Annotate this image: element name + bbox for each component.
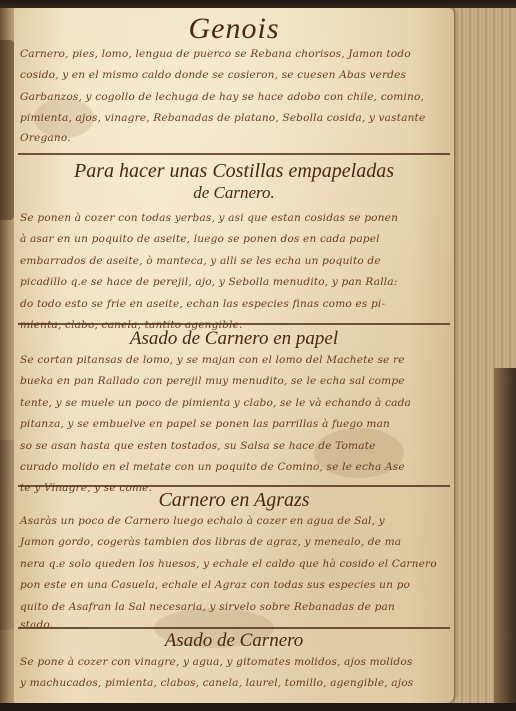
recipe-body: Se ponen à cozer con todas yerbas, y asi… bbox=[20, 208, 448, 336]
recipe-title: Carnero en Agrazs bbox=[20, 489, 448, 511]
text-line: quito de Asafran la Sal necesaria, y sir… bbox=[20, 597, 448, 618]
recipe-body: Asaràs un poco de Carnero luego echalo à… bbox=[20, 511, 448, 632]
recipe-title: Asado de Carnero en papel bbox=[20, 328, 448, 350]
recipe-asado-en-papel: Asado de Carnero en papel Se cortan pita… bbox=[20, 328, 448, 500]
text-line: y machucados, pimienta, clabos, canela, … bbox=[20, 673, 448, 694]
text-line: pon este en una Casuela, echale el Agraz… bbox=[20, 575, 448, 596]
recipe-body: Se pone à cozer con vinagre, y agua, y g… bbox=[20, 652, 448, 695]
divider-line bbox=[18, 485, 450, 487]
text-line: Asaràs un poco de Carnero luego echalo à… bbox=[20, 511, 448, 532]
recipe-title: Genois bbox=[20, 12, 448, 46]
recipe-costillas-empapeladas: Para hacer unas Costillas empapeladas de… bbox=[20, 160, 448, 336]
text-line: tente, y se muele un poco de pimienta y … bbox=[20, 393, 448, 414]
text-line: picadillo q.e se hace de perejil, ajo, y… bbox=[20, 272, 448, 293]
text-line: pitanza, y se embuelve en papel se ponen… bbox=[20, 414, 448, 435]
bottom-shadow bbox=[0, 703, 516, 711]
text-line: cosido, y en el mismo caldo donde se cos… bbox=[20, 65, 448, 86]
text-line: à asar en un poquito de aseite, luego se… bbox=[20, 229, 448, 250]
recipe-body: Se cortan pitansas de lomo, y se majan c… bbox=[20, 350, 448, 500]
divider-line bbox=[18, 323, 450, 325]
text-line: Se ponen à cozer con todas yerbas, y asi… bbox=[20, 208, 448, 229]
manuscript-page: Genois Carnero, pies, lomo, lengua de pu… bbox=[14, 8, 454, 704]
text-line: do todo esto se frie en aseite, echan la… bbox=[20, 294, 448, 315]
recipe-asado-de-carnero: Asado de Carnero Se pone à cozer con vin… bbox=[20, 630, 448, 695]
recipe-title-continued: de Carnero. bbox=[20, 182, 448, 204]
recipe-title: Para hacer unas Costillas empapeladas bbox=[20, 160, 448, 182]
recipe-genois: Genois Carnero, pies, lomo, lengua de pu… bbox=[20, 12, 448, 146]
divider-line bbox=[18, 627, 450, 629]
text-line: pimienta, ajos, vinagre, Rebanadas de pl… bbox=[20, 108, 448, 129]
binding-strap bbox=[0, 40, 14, 220]
text-line: Se pone à cozer con vinagre, y agua, y g… bbox=[20, 652, 448, 673]
text-line: Se cortan pitansas de lomo, y se majan c… bbox=[20, 350, 448, 371]
divider-line bbox=[18, 153, 450, 155]
text-line: bueka en pan Rallado con perejil muy men… bbox=[20, 371, 448, 392]
text-line: nera q.e solo queden los huesos, y echal… bbox=[20, 554, 448, 575]
recipe-carnero-en-agraz: Carnero en Agrazs Asaràs un poco de Carn… bbox=[20, 489, 448, 632]
recipe-title: Asado de Carnero bbox=[20, 630, 448, 652]
recipe-body: Carnero, pies, lomo, lengua de puerco se… bbox=[20, 44, 448, 146]
text-line: Jamon gordo, cogeràs tambien dos libras … bbox=[20, 532, 448, 553]
text-line: Garbanzos, y cogollo de lechuga de hay s… bbox=[20, 87, 448, 108]
text-line: embarrados de aseite, ò manteca, y alli … bbox=[20, 251, 448, 272]
text-line: curado molido en el metate con un poquit… bbox=[20, 457, 448, 478]
text-line: Carnero, pies, lomo, lengua de puerco se… bbox=[20, 44, 448, 65]
text-line: Oregano. bbox=[20, 130, 448, 146]
text-line: so se asan hasta que esten tostados, su … bbox=[20, 436, 448, 457]
